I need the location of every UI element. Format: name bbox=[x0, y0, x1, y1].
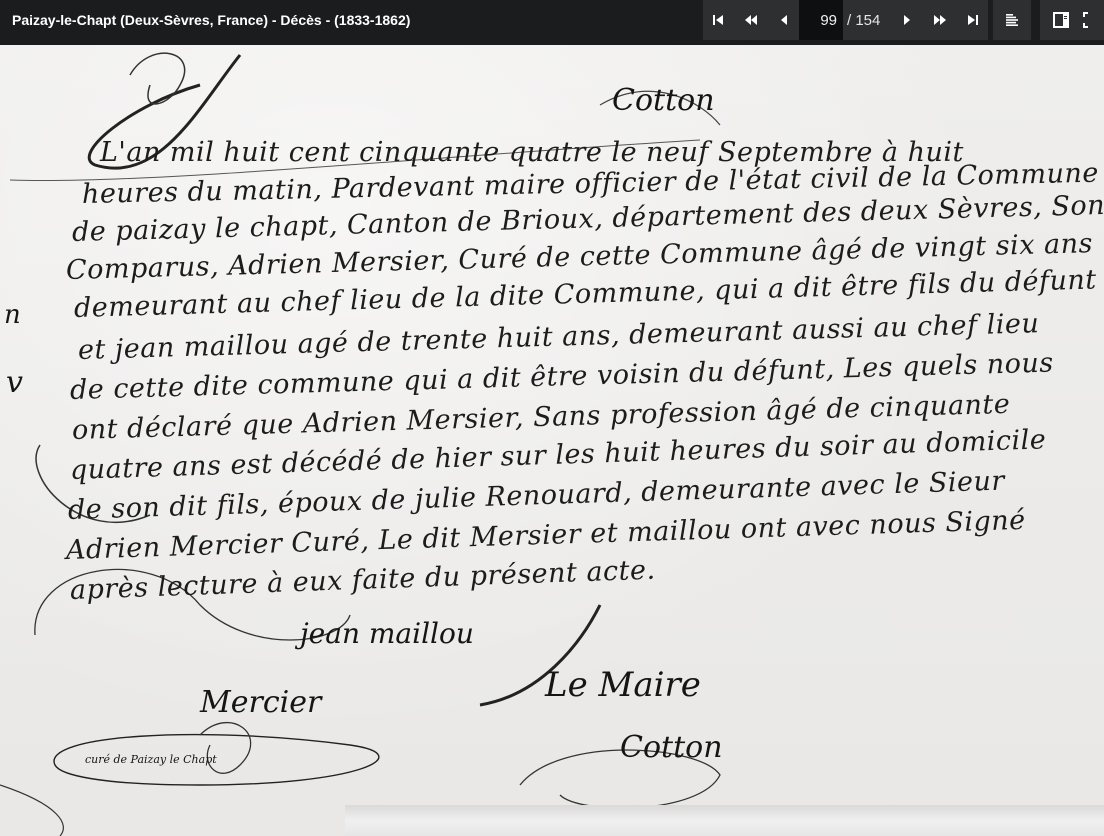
margin-mark-1: n bbox=[4, 300, 21, 330]
next-page-button[interactable] bbox=[892, 0, 922, 40]
fast-forward-icon bbox=[933, 14, 947, 26]
margin-mark-2: v bbox=[6, 365, 23, 400]
mayor-title: Le Maire bbox=[545, 665, 701, 705]
view-options-group bbox=[1040, 0, 1104, 40]
priest-signature-subtitle: curé de Paizay le Chapt bbox=[85, 753, 217, 766]
priest-signature: Mercier bbox=[200, 685, 321, 720]
page-edge-shadow bbox=[345, 805, 1104, 836]
viewer-toolbar: Paizay-le-Chapt (Deux-Sèvres, France) - … bbox=[0, 0, 1104, 42]
triangle-left-icon bbox=[779, 14, 789, 26]
last-page-button[interactable] bbox=[958, 0, 988, 40]
fast-forward-button[interactable] bbox=[922, 0, 958, 40]
back-nav-group bbox=[703, 0, 799, 40]
skip-to-end-icon bbox=[967, 14, 979, 26]
forward-nav-group bbox=[892, 0, 988, 40]
fullscreen-bracket-icon bbox=[1082, 12, 1090, 28]
marginal-signature: Cotton bbox=[612, 83, 715, 118]
witness-signature: jean maillou bbox=[300, 617, 474, 650]
index-list-button[interactable] bbox=[993, 0, 1031, 40]
rewind-button[interactable] bbox=[733, 0, 769, 40]
document-viewer[interactable]: Cotton L'an mil huit cent cinquante quat… bbox=[0, 45, 1104, 836]
list-index-icon bbox=[1005, 13, 1019, 27]
side-panel-icon bbox=[1053, 12, 1069, 28]
side-panel-button[interactable] bbox=[1040, 0, 1082, 40]
document-title: Paizay-le-Chapt (Deux-Sèvres, France) - … bbox=[12, 12, 410, 28]
page-number-input[interactable] bbox=[799, 0, 843, 40]
skip-to-start-icon bbox=[712, 14, 724, 26]
page-total: / 154 bbox=[847, 12, 880, 29]
triangle-right-icon bbox=[902, 14, 912, 26]
fast-backward-icon bbox=[744, 14, 758, 26]
first-page-button[interactable] bbox=[703, 0, 733, 40]
mayor-signature: Cotton bbox=[620, 730, 723, 765]
previous-page-button[interactable] bbox=[769, 0, 799, 40]
page-navigator: / 154 bbox=[799, 0, 892, 40]
index-group bbox=[993, 0, 1031, 40]
fullscreen-button[interactable] bbox=[1082, 0, 1104, 40]
